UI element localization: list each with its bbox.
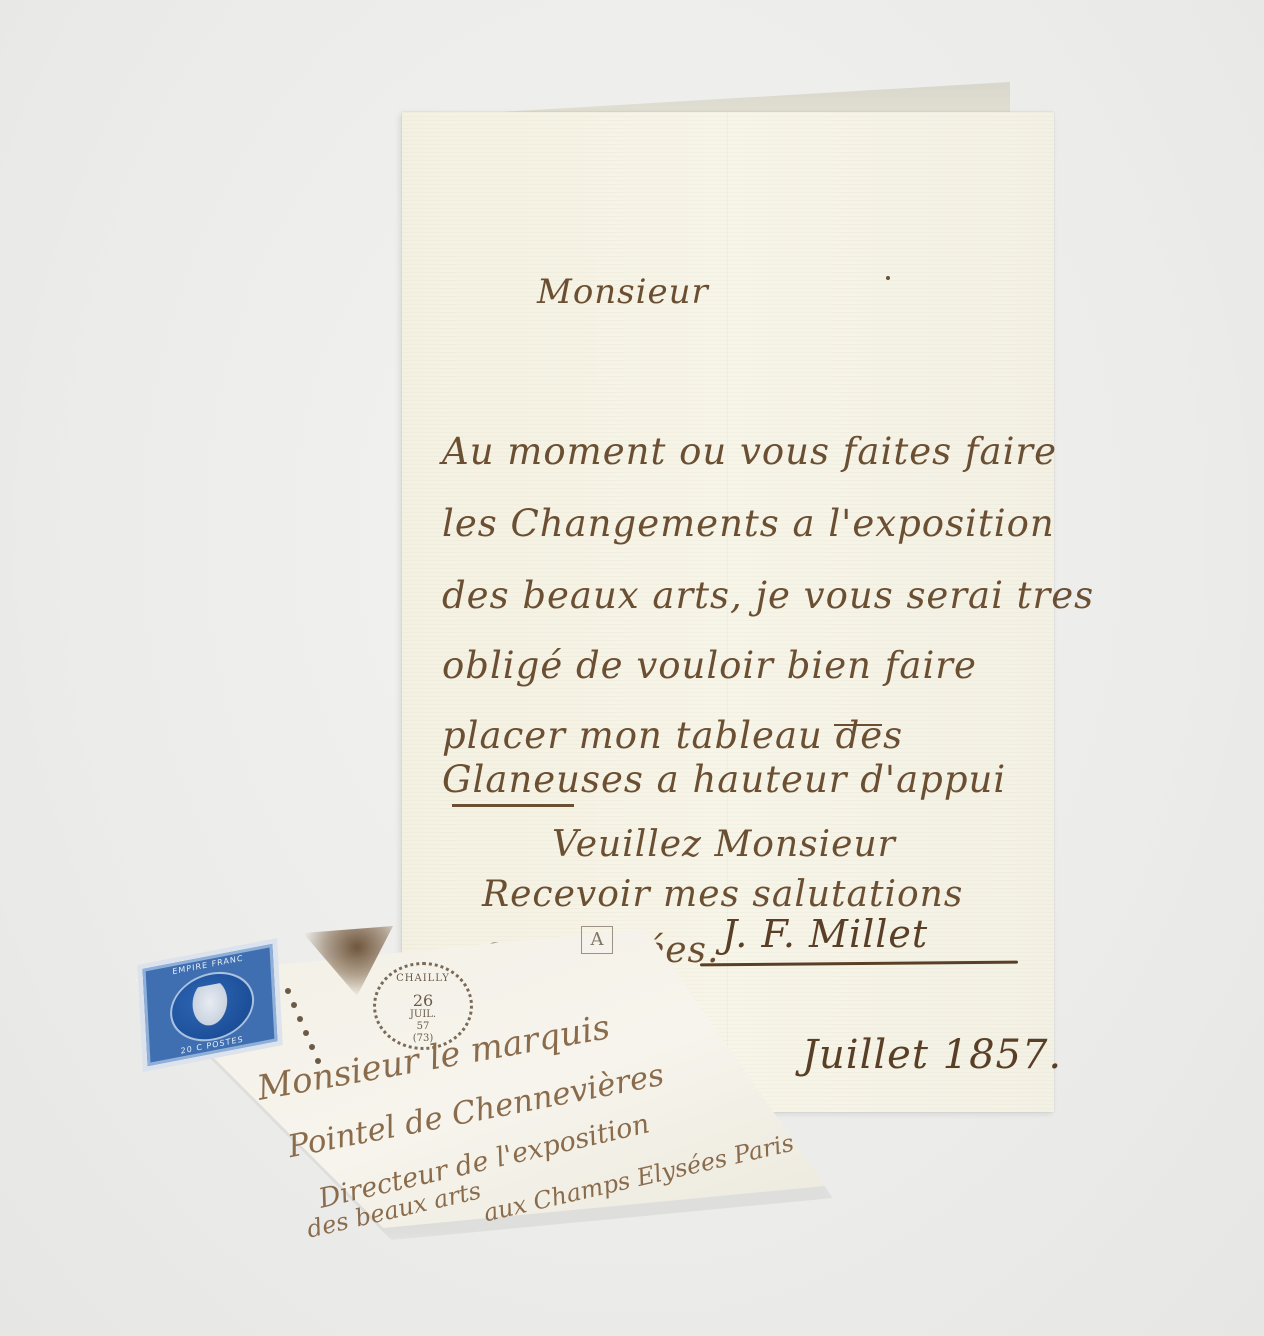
cancel-dot xyxy=(285,988,291,994)
letter-date: Juillet 1857. xyxy=(802,1032,1062,1078)
letter-line: placer mon tableau des xyxy=(442,714,903,757)
letter-line: des beaux arts, je vous serai tres xyxy=(442,574,1094,617)
photo-scene: Monsieur Au moment ou vous faites faire … xyxy=(0,0,1264,1336)
cancel-dot xyxy=(291,1002,297,1008)
ink-dot xyxy=(886,276,890,280)
postmark-month: JUIL. xyxy=(376,1009,470,1020)
postmark-day: 26 xyxy=(376,991,470,1010)
underline-glaneuses xyxy=(452,804,574,807)
letter-line: Au moment ou vous faites faire xyxy=(442,430,1057,473)
portrait-icon xyxy=(189,981,231,1032)
closing-line: Veuillez Monsieur xyxy=(552,824,896,865)
cancel-dot xyxy=(309,1044,315,1050)
underline-des xyxy=(834,724,882,726)
cancel-dot xyxy=(297,1016,303,1022)
cancel-dot xyxy=(303,1030,309,1036)
letter-salutation: Monsieur xyxy=(537,272,709,312)
box-mark: A xyxy=(581,926,613,954)
letter-line: les Changements a l'exposition xyxy=(442,502,1055,545)
postmark-year: 57 xyxy=(376,1021,470,1032)
postmark-town: CHAILLY xyxy=(376,973,470,984)
envelope: EMPIRE FRANC 20 C POSTES CHAILLY 26 JUIL… xyxy=(135,928,825,1228)
letter-line: Glaneuses a hauteur d'appui xyxy=(442,758,1006,801)
stamp-frame: EMPIRE FRANC 20 C POSTES xyxy=(143,944,278,1066)
closing-line: Recevoir mes salutations xyxy=(482,874,963,915)
letter-line: obligé de vouloir bien faire xyxy=(442,644,977,687)
